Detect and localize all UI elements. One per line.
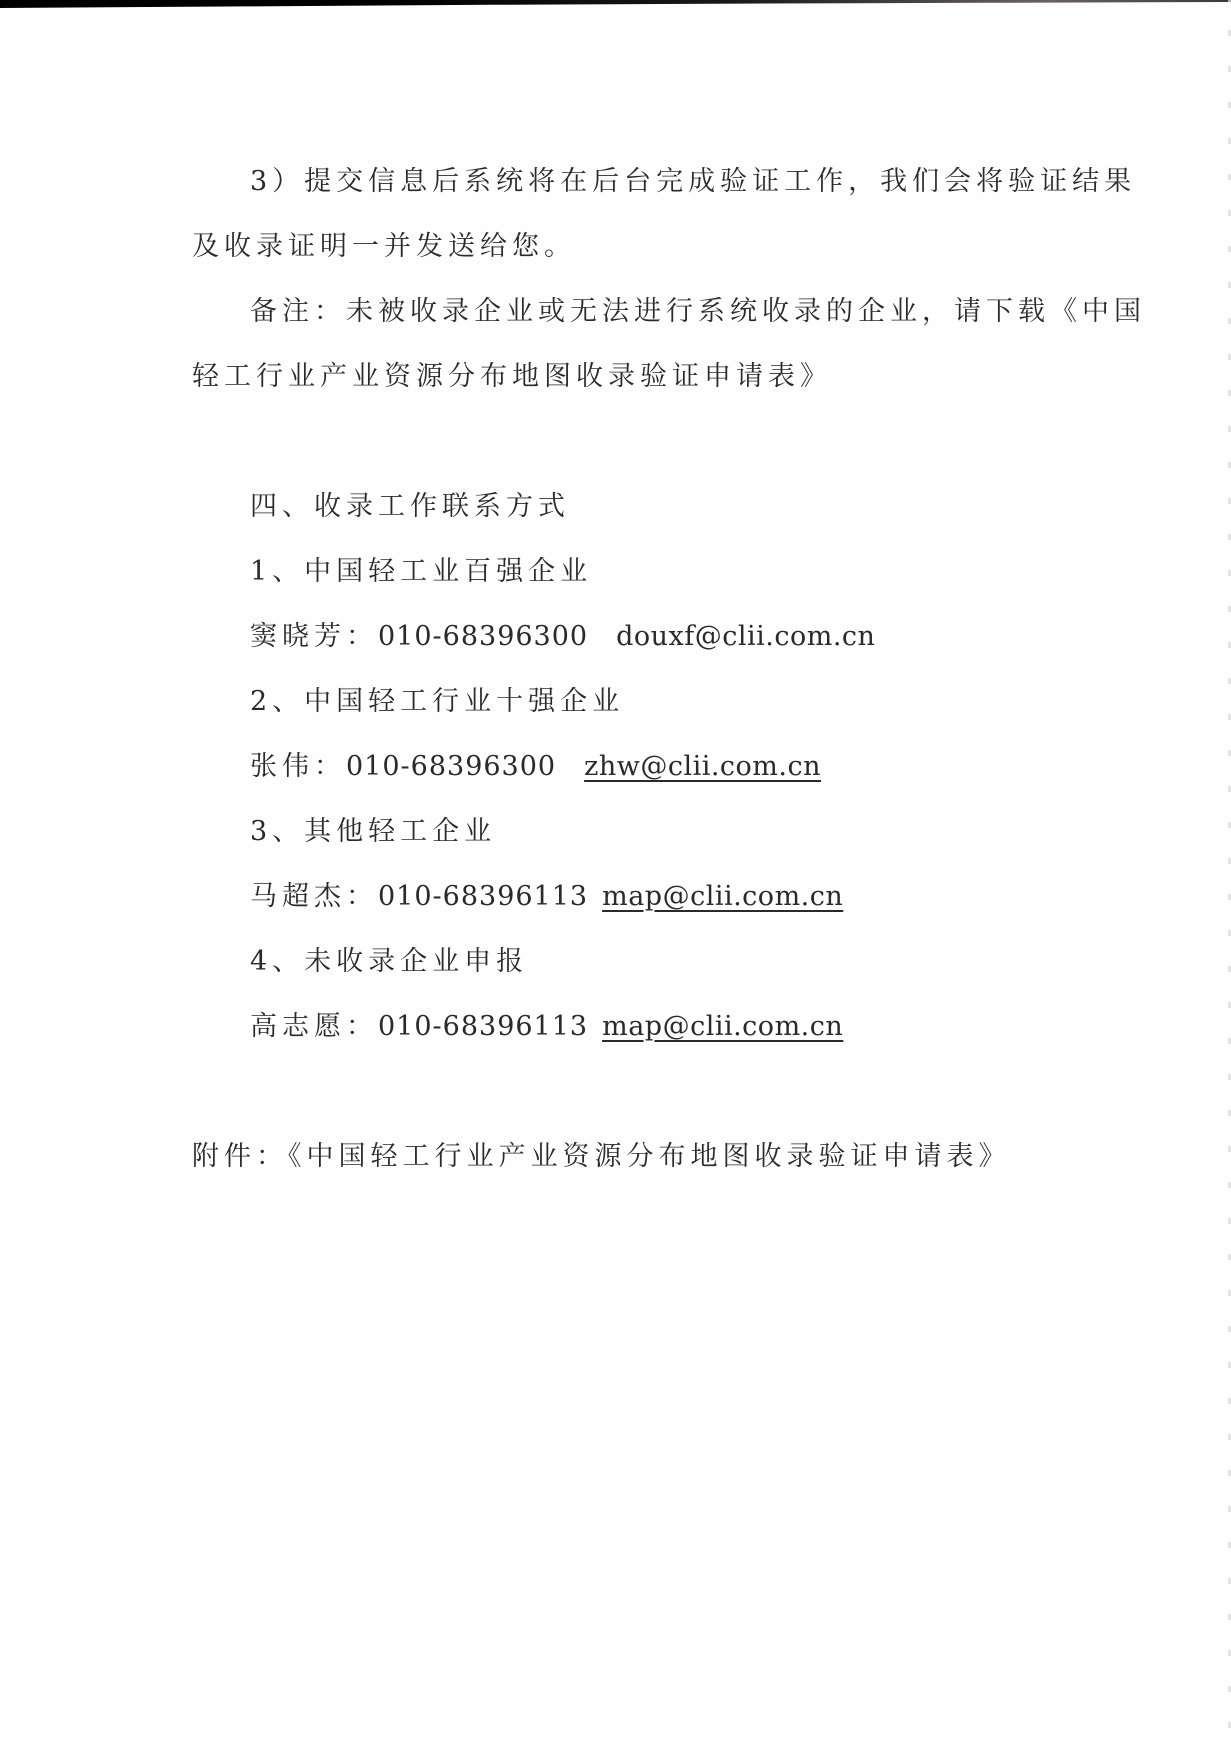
paragraph-step3-line1: 3）提交信息后系统将在后台完成验证工作，我们会将验证结果: [250, 165, 1136, 199]
contact-category-1: 1、中国轻工业百强企业: [250, 555, 592, 589]
section-heading: 四、收录工作联系方式: [250, 490, 570, 524]
contact-email-link[interactable]: zhw@clii.com.cn: [584, 751, 821, 782]
contact-row-4: 高志愿：010-68396113map@clii.com.cn: [250, 1010, 843, 1044]
contact-row-3: 马超杰：010-68396113map@clii.com.cn: [250, 880, 843, 914]
contact-category-2: 2、中国轻工行业十强企业: [250, 685, 624, 719]
contact-row-1: 窦晓芳：010-68396300douxf@clii.com.cn: [250, 620, 875, 654]
contact-phone: 010-68396300: [346, 751, 556, 782]
contact-email-link[interactable]: map@clii.com.cn: [602, 1011, 843, 1042]
contact-phone: 010-68396300: [378, 621, 588, 652]
scan-edge-top: [0, 0, 1231, 8]
paragraph-note-line1: 备注：未被收录企业或无法进行系统收录的企业，请下载《中国: [250, 295, 1146, 329]
contact-category-3: 3、其他轻工企业: [250, 815, 496, 849]
contact-phone: 010-68396113: [378, 1011, 588, 1042]
contact-row-2: 张伟：010-68396300zhw@clii.com.cn: [250, 750, 821, 784]
contact-name: 张伟：: [250, 751, 346, 782]
contact-name: 马超杰：: [250, 881, 378, 912]
attachment-line: 附件：《中国轻工行业产业资源分布地图收录验证申请表》: [192, 1140, 1011, 1174]
paragraph-step3-line2: 及收录证明一并发送给您。: [192, 230, 576, 264]
contact-category-4: 4、未收录企业申报: [250, 945, 528, 979]
contact-name: 高志愿：: [250, 1011, 378, 1042]
contact-email-link[interactable]: map@clii.com.cn: [602, 881, 843, 912]
contact-name: 窦晓芳：: [250, 621, 378, 652]
paragraph-note-line2: 轻工行业产业资源分布地图收录验证申请表》: [192, 360, 832, 394]
contact-email-link[interactable]: douxf@clii.com.cn: [616, 621, 875, 652]
contact-phone: 010-68396113: [378, 881, 588, 912]
